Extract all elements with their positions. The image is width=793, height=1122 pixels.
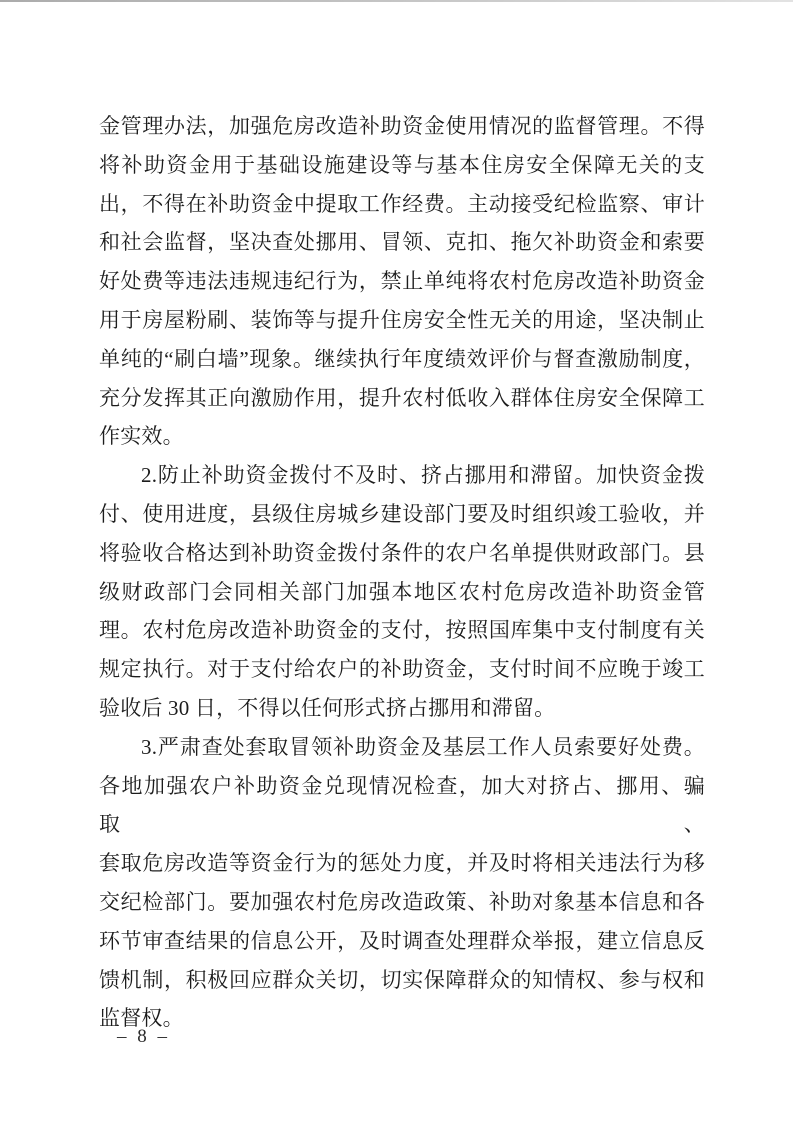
text-line: 理。农村危房改造补助资金的支付，按照国库集中支付制度有关 — [99, 611, 705, 650]
text-line: 交纪检部门。要加强农村危房改造政策、补助对象基本信息和各 — [99, 883, 705, 922]
text-line: 2.防止补助资金拨付不及时、挤占挪用和滞留。加快资金拨 — [99, 456, 705, 495]
paragraph: 金管理办法，加强危房改造补助资金使用情况的监督管理。不得将补助资金用于基础设施建… — [99, 107, 705, 456]
text-line: 作实效。 — [99, 417, 705, 456]
text-line: 各地加强农户补助资金兑现情况检查，加大对挤占、挪用、骗取、 — [99, 767, 705, 845]
paragraph: 2.防止补助资金拨付不及时、挤占挪用和滞留。加快资金拨付、使用进度，县级住房城乡… — [99, 456, 705, 728]
text-line: 套取危房改造等资金行为的惩处力度，并及时将相关违法行为移 — [99, 844, 705, 883]
text-line: 将验收合格达到补助资金拨付条件的农户名单提供财政部门。县 — [99, 534, 705, 573]
text-line: 用于房屋粉刷、装饰等与提升住房安全性无关的用途，坚决制止 — [99, 301, 705, 340]
text-line: 出，不得在补助资金中提取工作经费。主动接受纪检监察、审计 — [99, 185, 705, 224]
page-number: – 8 – — [117, 1026, 170, 1048]
text-line: 馈机制，积极回应群众关切，切实保障群众的知情权、参与权和 — [99, 961, 705, 1000]
text-line: 环节审查结果的信息公开，及时调查处理群众举报，建立信息反 — [99, 922, 705, 961]
scan-artifact-line — [0, 0, 793, 2]
text-line: 规定执行。对于支付给农户的补助资金，支付时间不应晚于竣工 — [99, 650, 705, 689]
document-page: 金管理办法，加强危房改造补助资金使用情况的监督管理。不得将补助资金用于基础设施建… — [0, 0, 793, 1122]
paragraph: 3.严肃查处套取冒领补助资金及基层工作人员索要好处费。各地加强农户补助资金兑现情… — [99, 728, 705, 1038]
text-line: 付、使用进度，县级住房城乡建设部门要及时组织竣工验收，并 — [99, 495, 705, 534]
text-line: 金管理办法，加强危房改造补助资金使用情况的监督管理。不得 — [99, 107, 705, 146]
text-line: 单纯的“刷白墙”现象。继续执行年度绩效评价与督查激励制度， — [99, 340, 705, 379]
text-line: 3.严肃查处套取冒领补助资金及基层工作人员索要好处费。 — [99, 728, 705, 767]
text-line: 监督权。 — [99, 999, 705, 1038]
text-line: 好处费等违法违规违纪行为，禁止单纯将农村危房改造补助资金 — [99, 262, 705, 301]
text-line: 级财政部门会同相关部门加强本地区农村危房改造补助资金管 — [99, 573, 705, 612]
document-body: 金管理办法，加强危房改造补助资金使用情况的监督管理。不得将补助资金用于基础设施建… — [99, 107, 705, 1038]
text-line: 和社会监督，坚决查处挪用、冒领、克扣、拖欠补助资金和索要 — [99, 223, 705, 262]
text-line: 充分发挥其正向激励作用，提升农村低收入群体住房安全保障工 — [99, 379, 705, 418]
text-line: 验收后 30 日，不得以任何形式挤占挪用和滞留。 — [99, 689, 705, 728]
text-line: 将补助资金用于基础设施建设等与基本住房安全保障无关的支 — [99, 146, 705, 185]
